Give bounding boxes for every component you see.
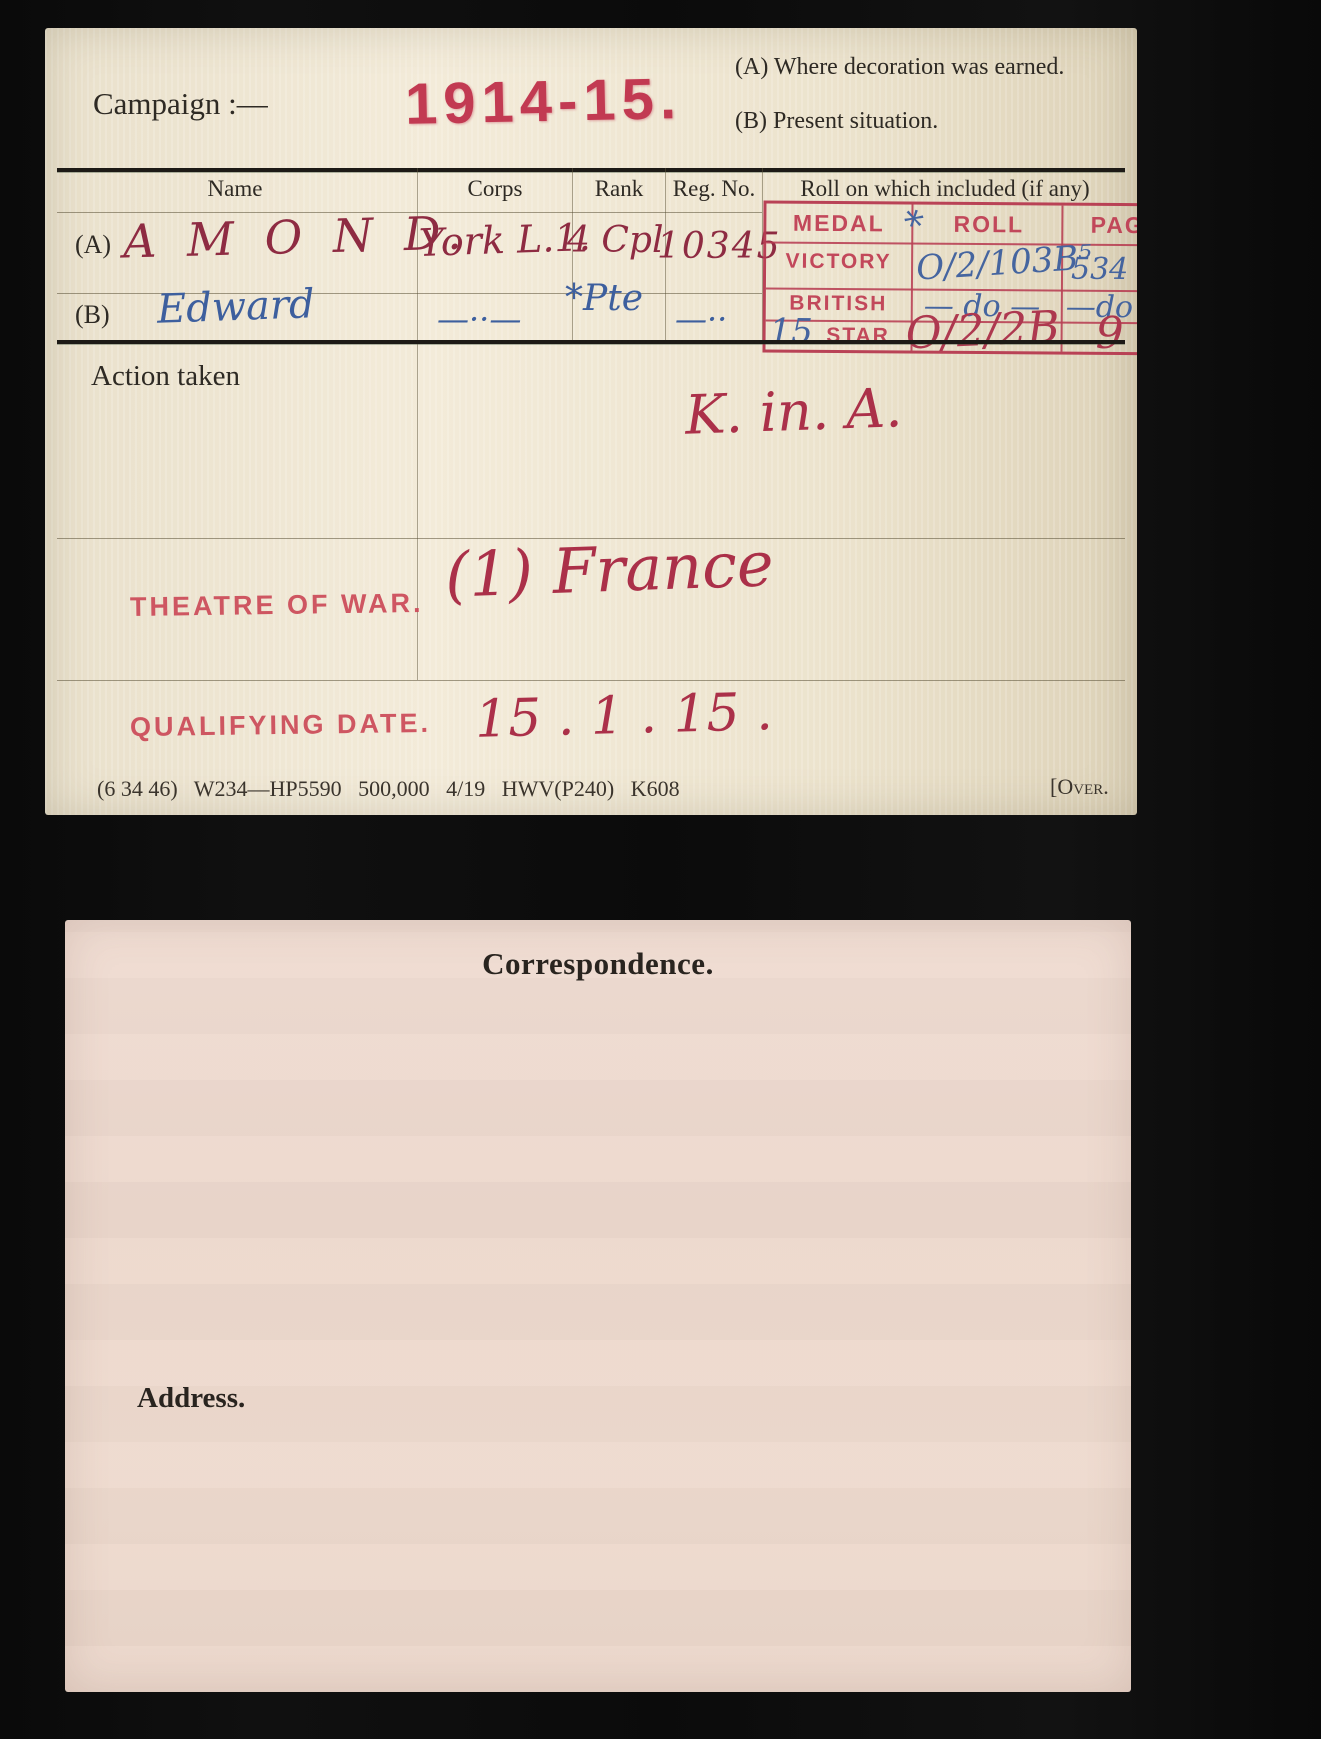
star-medal-label: STAR [806, 324, 911, 349]
theatre-value-handwritten: (1) France [444, 527, 775, 611]
campaign-label: Campaign :— [93, 86, 268, 122]
scanned-document-page: { "front": { "campaign_label": "Campaign… [0, 0, 1321, 1739]
form-print-reference: (6 34 46) W234—HP5590 500,000 4/19 HWV(P… [97, 776, 680, 802]
medal-roll-table: MEDAL ROLL PAGE * VICTORY O/2/103B⁵ 534 … [762, 201, 1137, 356]
action-taken-label: Action taken [91, 360, 240, 393]
theatre-of-war-stamp: THEATRE OF WAR. [130, 588, 424, 623]
column-header-name: Name [105, 176, 365, 202]
divider-line [57, 340, 1125, 344]
note-present-situation: (B) Present situation. [735, 108, 938, 135]
victory-medal-label: VICTORY [766, 250, 911, 275]
corps-ditto-mark: —··— [437, 300, 521, 338]
rank-a-handwritten: 4 Cpl [567, 220, 663, 261]
column-header-rank: Rank [575, 176, 663, 202]
victory-page-handwritten: 534 [1071, 252, 1129, 287]
section-divider [417, 344, 418, 680]
corps-handwritten: York L.1. [418, 215, 591, 265]
correspondence-title: Correspondence. [65, 946, 1131, 982]
medal-column-header: MEDAL [766, 210, 911, 238]
note-where-decoration-earned: (A) Where decoration was earned. [735, 54, 1064, 81]
address-label: Address. [137, 1382, 245, 1415]
star-roll-handwritten: O/2/2B [905, 302, 1061, 360]
medal-index-card-front: Campaign :— 1914-15. (A) Where decoratio… [45, 28, 1137, 815]
rank-b-handwritten: *Pte [565, 278, 643, 319]
row-a-label: (A) [75, 230, 111, 260]
reg-no-ditto-mark: —·· [675, 300, 727, 338]
medal-index-card-back: Correspondence. Address. [65, 920, 1131, 1692]
campaign-stamp-1914-15: 1914-15. [404, 65, 682, 138]
roll-column-header: ROLL [916, 211, 1061, 239]
column-header-roll: Roll on which included (if any) [765, 176, 1125, 202]
victory-roll-handwritten: O/2/103B⁵ [915, 238, 1093, 289]
over-note: [Over. [1050, 774, 1109, 800]
divider-line [57, 168, 1125, 172]
killed-in-action-handwritten: K. in. A. [684, 376, 903, 447]
column-header-reg-no: Reg. No. [665, 176, 763, 202]
forename-handwritten: Edward [156, 281, 315, 332]
row-b-label: (B) [75, 300, 110, 330]
column-header-corps: Corps [425, 176, 565, 202]
section-line [57, 680, 1125, 681]
qualifying-date-handwritten: 15 . 1 . 15 . [474, 682, 773, 750]
page-column-header: PAGE [1061, 212, 1137, 240]
star-page-handwritten: 9 [1095, 308, 1123, 359]
qualifying-date-stamp: QUALIFYING DATE. [130, 708, 431, 743]
